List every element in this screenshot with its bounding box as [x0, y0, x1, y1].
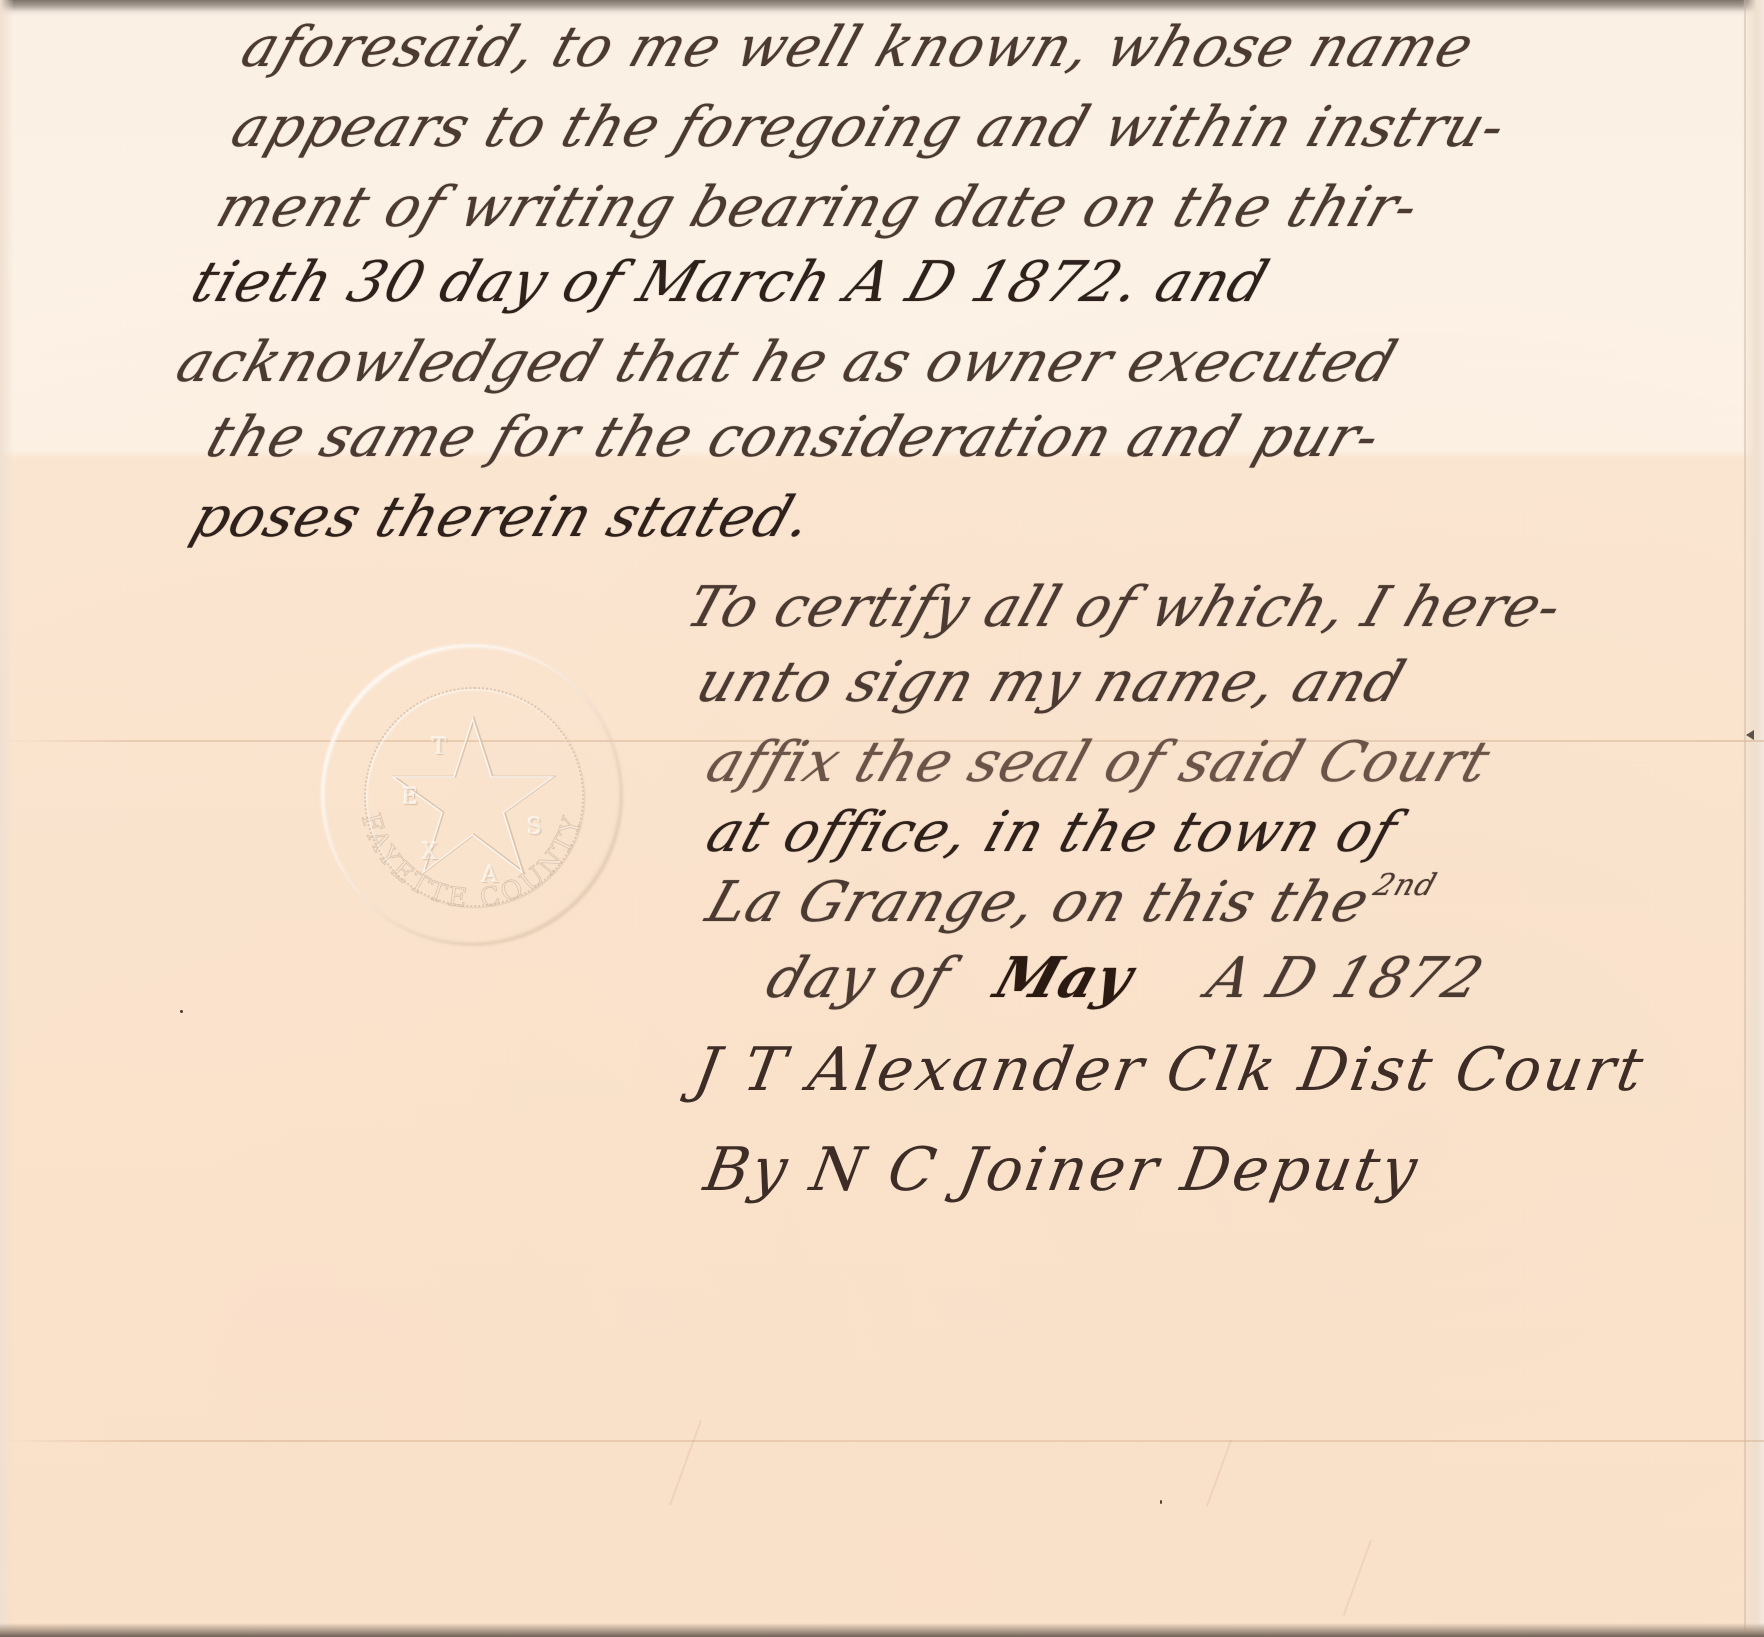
place-date-text: La Grange, on this the	[699, 870, 1378, 935]
ink-speck	[180, 1010, 183, 1013]
body-line-3: ment of writing bearing date on the thir…	[210, 180, 1426, 236]
certification-line-6: day of May A D 1872	[760, 950, 1491, 1007]
seal-letter: S	[527, 815, 542, 840]
scanner-bottom-shadow	[0, 1623, 1764, 1637]
body-line-5: acknowledged that he as owner executed	[170, 335, 1404, 391]
body-line-6: the same for the consideration and pur-	[200, 410, 1387, 466]
scanner-top-shadow	[0, 0, 1764, 16]
seal-inner-ring	[364, 687, 584, 907]
seal-letter: T	[432, 735, 447, 760]
body-line-2: appears to the foregoing and within inst…	[225, 100, 1512, 156]
certification-line-2: unto sign my name, and	[690, 655, 1412, 711]
fold-tear-mark	[1746, 730, 1754, 740]
certification-line-5: La Grange, on this the2nd	[700, 875, 1439, 931]
year-text: A D 1872	[1199, 946, 1492, 1011]
show-through-streak	[669, 1420, 702, 1505]
embossed-court-seal: FAYETTE COUNTY T E X A S	[322, 645, 622, 945]
body-line-1: aforesaid, to me well known, whose name	[235, 20, 1481, 76]
seal-letter: X	[422, 840, 438, 865]
ink-speck	[1160, 1500, 1162, 1504]
body-line-4: tieth 30 day of March A D 1872. and	[185, 255, 1275, 311]
month-name: May	[987, 945, 1142, 1011]
deputy-signature: By N C Joiner Deputy	[700, 1140, 1424, 1200]
certification-line-1: To certify all of which, I here-	[680, 580, 1569, 636]
day-of-label: day of	[759, 946, 959, 1011]
paper-fold-line	[0, 1440, 1764, 1442]
page-left-edge	[0, 0, 14, 1637]
show-through-streak	[1206, 1440, 1232, 1506]
day-superscript: 2nd	[1369, 868, 1441, 903]
seal-letter: E	[402, 785, 418, 810]
show-through-streak	[1343, 1540, 1372, 1616]
document-page: FAYETTE COUNTY T E X A S aforesaid, to m…	[0, 0, 1764, 1637]
seal-letter: A	[482, 863, 498, 888]
page-right-crease	[1744, 0, 1746, 1637]
body-line-7: poses therein stated.	[185, 490, 820, 546]
clerk-signature: J T Alexander Clk Dist Court	[690, 1040, 1650, 1100]
certification-line-3: affix the seal of said Court	[700, 735, 1497, 791]
certification-line-4: at office, in the town of	[700, 805, 1404, 861]
